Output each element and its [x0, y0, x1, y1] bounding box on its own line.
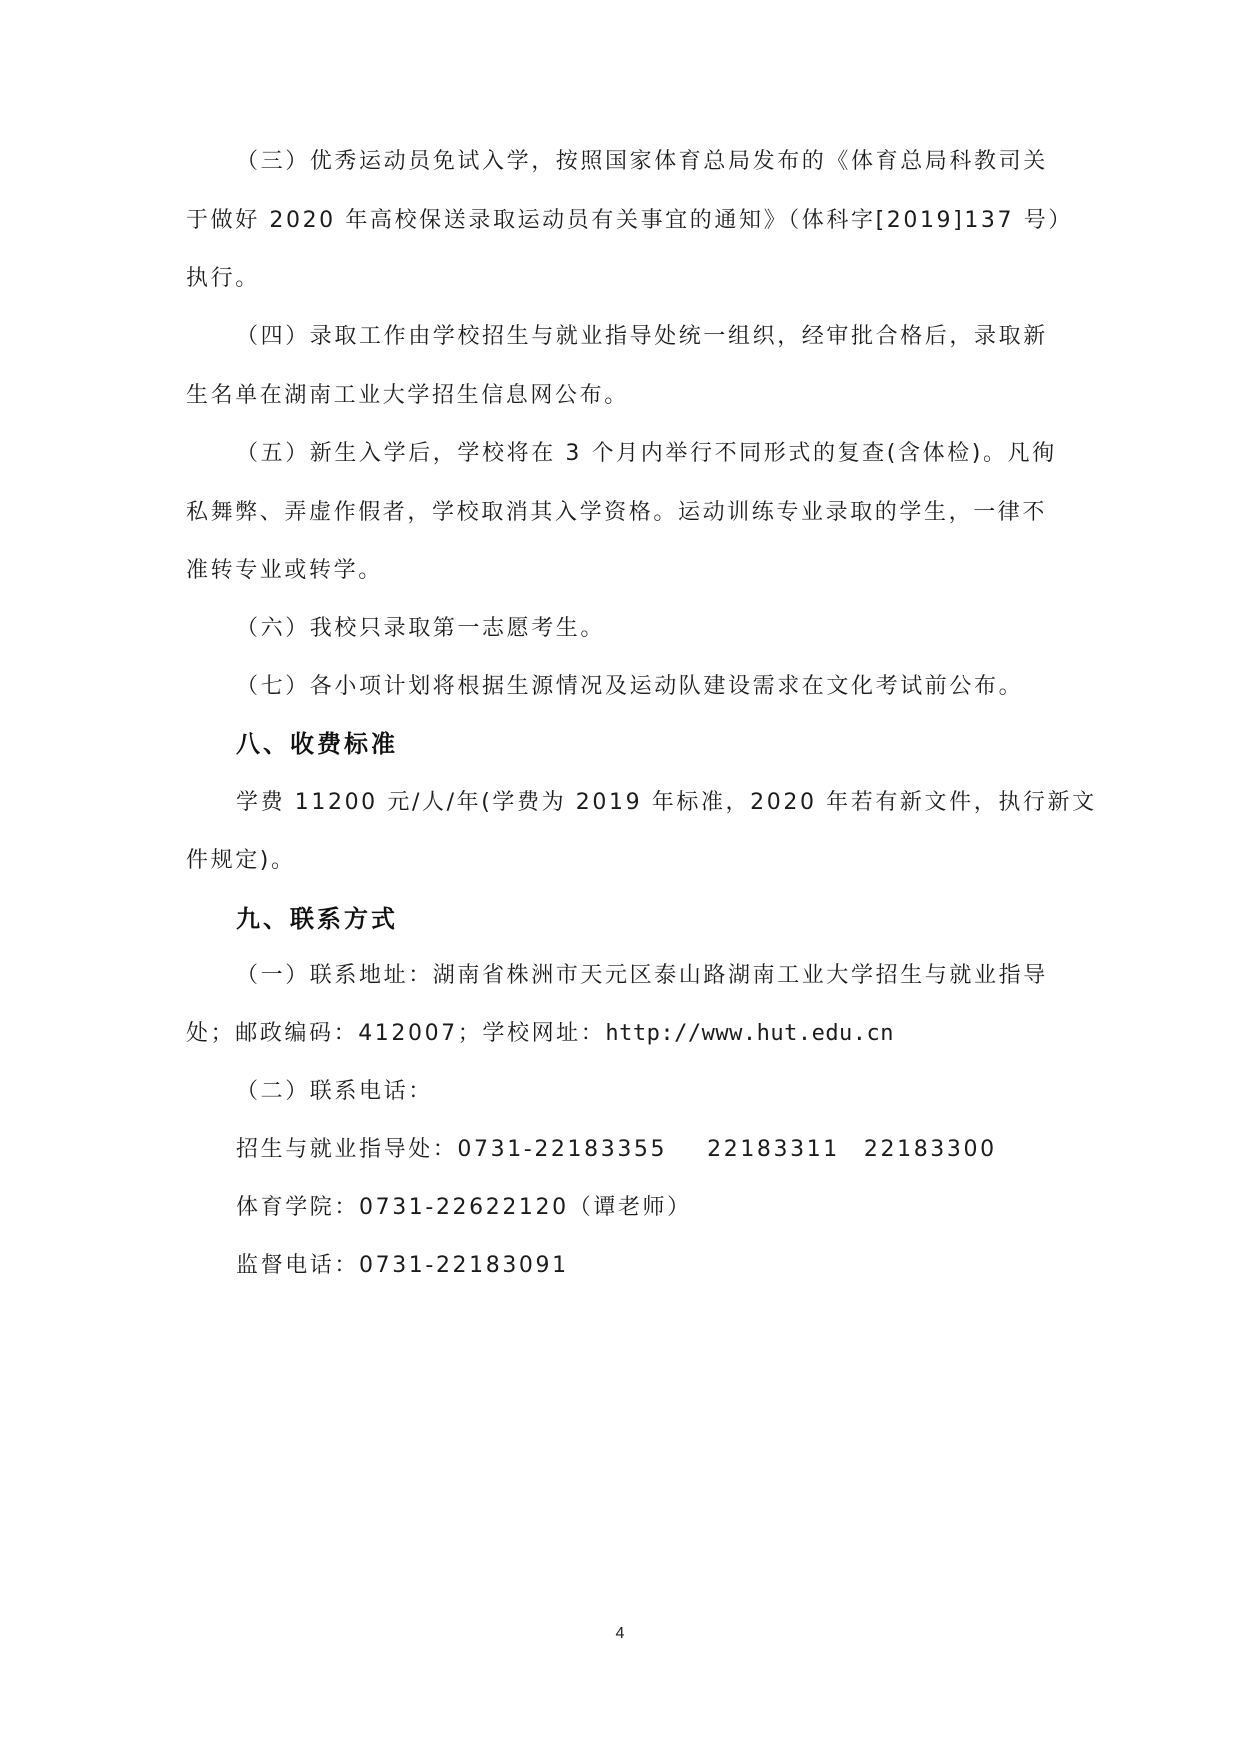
contact-address-line2: 处；邮政编码：412007；学校网址：http://www.hut.edu.cn [186, 1020, 894, 1048]
sports-college-phone-line: 体育学院：0731-22622120（谭老师） [236, 1194, 692, 1222]
fees-line1: 学费 11200 元/人/年(学费为 2019 年标准，2020 年若有新文件，… [236, 789, 1097, 817]
admissions-phone-3: 22183300 [864, 1137, 997, 1162]
fees-heading: 八、收费标准 [236, 730, 398, 758]
contact-address-line1: （一）联系地址：湖南省株洲市天元区泰山路湖南工业大学招生与就业指导 [236, 962, 1048, 990]
page-number: 4 [0, 1625, 1240, 1643]
supervision-phone: 0731-22183091 [359, 1253, 569, 1278]
item5-line1: （五）新生入学后，学校将在 3 个月内举行不同形式的复查(含体检)。凡徇 [236, 440, 1057, 468]
supervision-label: 监督电话： [236, 1253, 359, 1278]
admissions-label: 招生与就业指导处： [236, 1137, 457, 1162]
item4-line1: （四）录取工作由学校招生与就业指导处统一组织，经审批合格后，录取新 [236, 323, 1048, 351]
website-link[interactable]: http://www.hut.edu.cn [605, 1021, 894, 1046]
item3-line1: （三）优秀运动员免试入学，按照国家体育总局发布的《体育总局科教司关 [236, 148, 1048, 176]
fees-line2: 件规定)。 [186, 847, 296, 875]
item3-line2: 于做好 2020 年高校保送录取运动员有关事宜的通知》（体科字[2019]137… [186, 207, 1073, 235]
sports-college-phone: 0731-22622120（谭老师） [359, 1195, 692, 1220]
document-page: （三）优秀运动员免试入学，按照国家体育总局发布的《体育总局科教司关 于做好 20… [0, 0, 1240, 1754]
item5-line2: 私舞弊、弄虚作假者，学校取消其入学资格。运动训练专业录取的学生，一律不 [186, 499, 1047, 527]
admissions-phone-2: 22183311 [707, 1137, 840, 1162]
contact-phone-label: （二）联系电话： [236, 1078, 433, 1106]
supervision-phone-line: 监督电话：0731-22183091 [236, 1252, 569, 1280]
item4-line2: 生名单在湖南工业大学招生信息网公布。 [186, 382, 629, 410]
admissions-phone-1: 0731-22183355 [457, 1137, 667, 1162]
contact-heading: 九、联系方式 [236, 905, 398, 933]
item3-line3: 执行。 [186, 265, 260, 293]
contact-address-prefix: 处；邮政编码：412007；学校网址： [186, 1021, 605, 1046]
item7-line1: （七）各小项计划将根据生源情况及运动队建设需求在文化考试前公布。 [236, 673, 1023, 701]
sports-college-label: 体育学院： [236, 1195, 359, 1220]
item5-line3: 准转专业或转学。 [186, 557, 383, 585]
item6-line1: （六）我校只录取第一志愿考生。 [236, 615, 605, 643]
admissions-phone-line: 招生与就业指导处：0731-221833552218331122183300 [236, 1136, 997, 1164]
